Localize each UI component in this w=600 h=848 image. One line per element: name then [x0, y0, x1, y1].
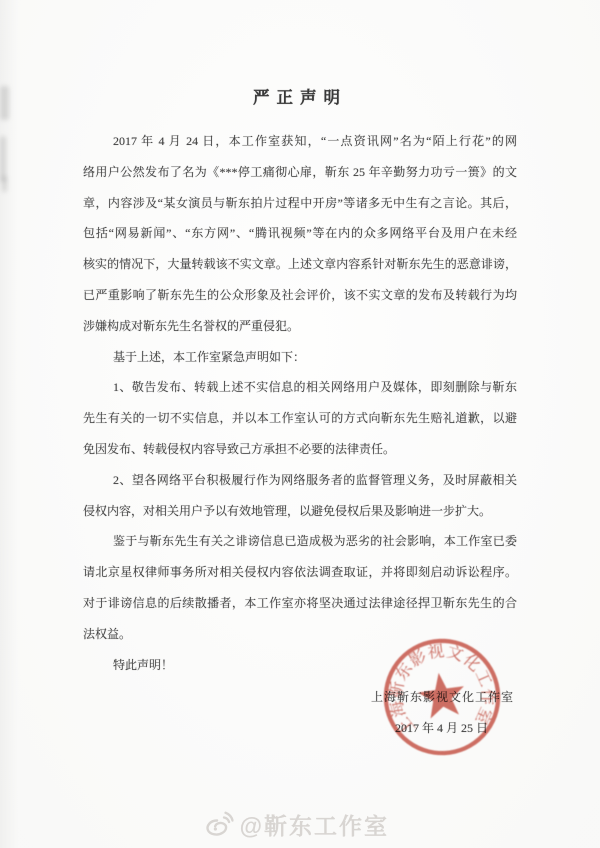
statement-line: 包括“网易新闻”、“东方网”、“腾讯视频”等在内的众多网络平台及用户在未经 [83, 218, 517, 249]
statement-title: 严正声明 [0, 84, 600, 108]
statement-body: 2017 年 4 月 24 日，本工作室获知，“一点资讯网”名为“陌上行花”的网… [83, 126, 517, 680]
statement-line: 法权益。 [83, 619, 517, 650]
statement-line: 核实的情况下，大量转载该不实文章。上述文章内容系针对靳东先生的恶意诽谤， [83, 249, 517, 280]
statement-line: 基于上述，本工作室紧急声明如下： [83, 342, 517, 373]
statement-line: 对于诽谤信息的后续散播者，本工作室亦将坚决通过法律途径捍卫靳东先生的合 [83, 588, 517, 619]
signature-name: 上海靳东影视文化工作室 [371, 686, 514, 708]
statement-line: 2、望各网络平台积极履行作为网络服务者的监督管理义务，及时屏蔽相关 [83, 465, 517, 496]
scanned-statement-page: 严正声明 2017 年 4 月 24 日，本工作室获知，“一点资讯网”名为“陌上… [0, 0, 600, 848]
statement-line: 章，内容涉及“某女演员与靳东拍片过程中开房”等诸多无中生有之言论。其后， [83, 188, 517, 219]
statement-line: 已严重影响了靳东先生的公众形象及社会评价，该不实文章的发布及转载行为均 [83, 280, 517, 311]
weibo-icon [204, 811, 234, 838]
statement-line: 请北京星权律师事务所对相关侵权内容依法调查取证，并将即刻启动诉讼程序。 [83, 557, 517, 588]
signature-date: 2017 年 4 月 25 日 [395, 717, 488, 739]
statement-line: 1、敬告发布、转载上述不实信息的相关网络用户及媒体，即刻删除与靳东 [83, 372, 517, 403]
statement-line: 先生有关的一切不实信息，并以本工作室认可的方式向靳东先生赔礼道歉，以避 [83, 403, 517, 434]
statement-line: 特此声明！ [83, 650, 517, 681]
weibo-handle: @靳东工作室 [240, 808, 389, 841]
statement-line: 鉴于与靳东先生有关之诽谤信息已造成极为恶劣的社会影响，本工作室已委 [83, 526, 517, 557]
scan-smudge [2, 176, 7, 192]
statement-line: 络用户公然发布了名为《***停工痛彻心扉，靳东 25 年辛勤努力功亏一篑》的文 [83, 157, 517, 188]
statement-line: 涉嫌构成对靳东先生名誉权的严重侵犯。 [83, 311, 517, 342]
statement-line: 2017 年 4 月 24 日，本工作室获知，“一点资讯网”名为“陌上行花”的网 [83, 126, 517, 157]
statement-line: 侵权内容，对相关用户予以有效地管理，以避免侵权后果及影响进一步扩大。 [83, 496, 517, 527]
weibo-watermark: @靳东工作室 [204, 808, 389, 841]
statement-line: 免因发布、转载侵权内容导致己方承担不必要的法律责任。 [83, 434, 517, 465]
